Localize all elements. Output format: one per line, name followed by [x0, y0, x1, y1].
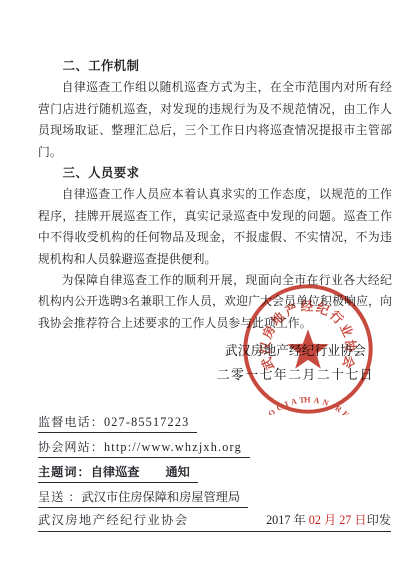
website-line: 协会网站：http://www.whzjxh.org: [38, 439, 391, 458]
cc-value: 武汉市住房保障和房屋管理局: [82, 490, 240, 504]
website-value: http://www.whzjxh.org: [104, 440, 242, 454]
subject-type: 通知: [166, 465, 190, 479]
print-suffix: 印发: [367, 513, 391, 527]
phone-line: 监督电话：027-85517223: [38, 414, 391, 433]
paragraph-work-mechanism: 自律巡查工作组以随机巡查方式为主，在全市范围内对所有经营门店进行随机巡查，对发现…: [38, 77, 392, 163]
document-page: 二、工作机制 自律巡查工作组以随机巡查方式为主，在全市范围内对所有经营门店进行随…: [0, 0, 400, 565]
signature-organization: 武汉房地产经纪行业协会: [217, 340, 374, 364]
print-red-date: 02 月 27 日: [309, 513, 367, 527]
print-line: 武汉房地产经纪行业协会 2017 年 02 月 27 日印发: [38, 512, 391, 532]
phone-label: 监督电话：: [38, 415, 104, 429]
document-body: 二、工作机制 自律巡查工作组以随机巡查方式为主，在全市范围内对所有经营门店进行随…: [38, 56, 392, 334]
cc-label: 呈送 ：: [38, 490, 82, 504]
paragraph-personnel-requirements: 自律巡查工作人员应本着认真求实的工作态度，以规范的工作程序，挂牌开展巡查工作，真…: [38, 184, 392, 270]
cc-line: 呈送 ：武汉市住房保障和房屋管理局: [38, 489, 391, 508]
signature-date: 二零一七年二月二十七日: [217, 364, 374, 388]
phone-value: 027-85517223: [104, 415, 190, 429]
signature-block: 武汉房地产经纪行业协会 二零一七年二月二十七日: [217, 340, 374, 387]
paragraph-recruitment: 为保障自律巡查工作的顺利开展，现面向全市在行业各大经纪机构内公开选聘3名兼职工作…: [38, 270, 392, 334]
section-heading-work-mechanism: 二、工作机制: [38, 56, 392, 77]
subject-line: 主题词：自律巡查通知: [38, 464, 391, 483]
print-issuer: 武汉房地产经纪行业协会: [38, 512, 189, 528]
print-date: 2017 年 02 月 27 日印发: [266, 512, 391, 528]
subject-words: 自律巡查: [91, 465, 140, 479]
document-footer: 监督电话：027-85517223 协会网站：http://www.whzjxh…: [38, 414, 391, 532]
section-heading-personnel-requirements: 三、人员要求: [38, 163, 392, 184]
subject-label: 主题词：: [38, 465, 91, 479]
print-year: 2017 年: [266, 513, 309, 527]
website-label: 协会网站：: [38, 440, 104, 454]
